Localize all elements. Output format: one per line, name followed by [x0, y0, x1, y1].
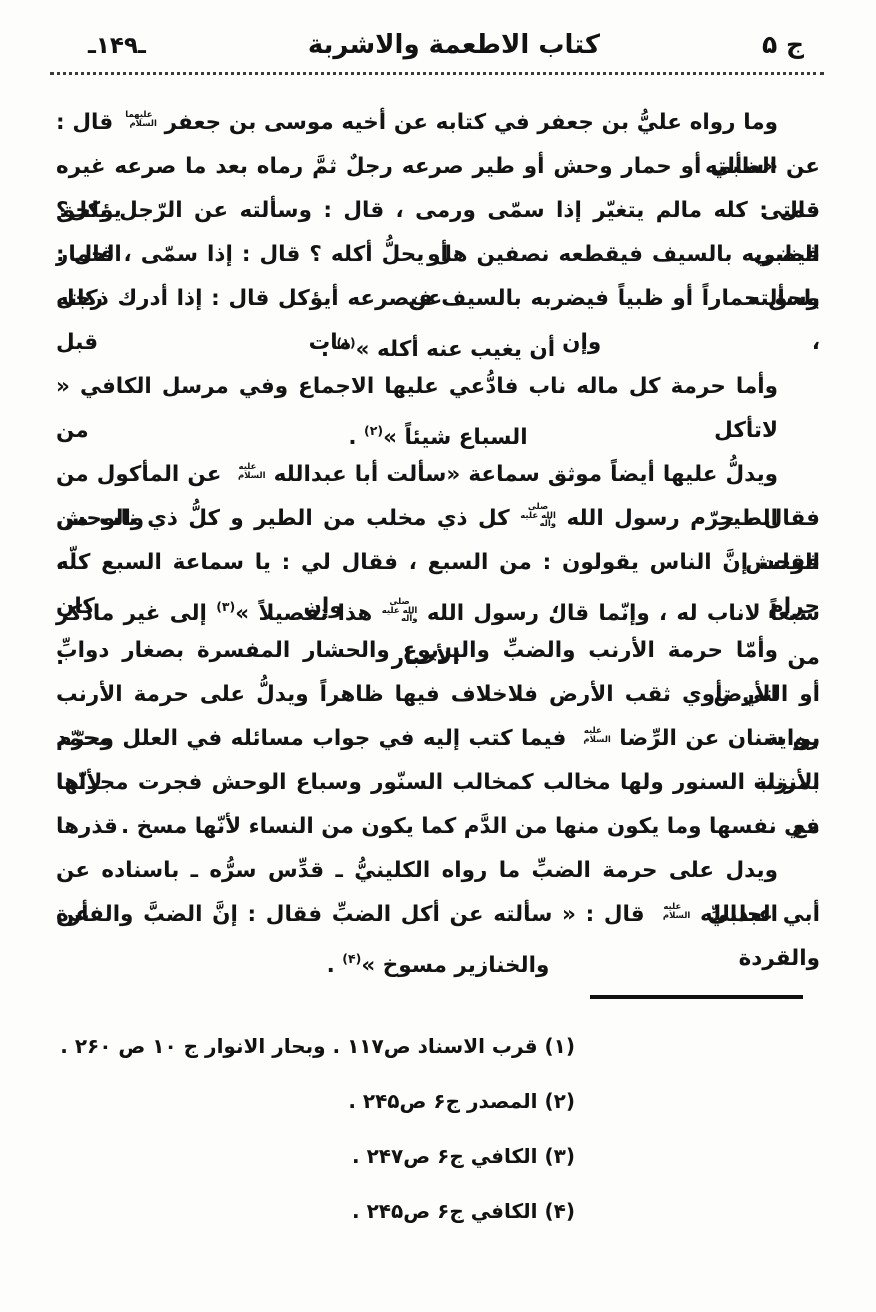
honorific-stamp: عليه السلام: [575, 727, 611, 745]
text-line: أو التي تأوي ثقب الأرض فلاخلاف فيها ظاهر…: [56, 673, 820, 717]
text-segment: .: [327, 953, 343, 978]
footnote-item: (۱) قرب الاسناد ص۱۱۷ . وبحار الانوار ج ۱…: [0, 1019, 575, 1074]
text-segment: السباع شيئاً »: [383, 425, 528, 450]
honorific-stamp: عليهما السلام: [121, 111, 157, 129]
honorific-stamp: عليه السلام: [654, 903, 690, 921]
text-line: أبي عبدالله عليه السلام قال : « سألته عن…: [56, 893, 820, 937]
text-line: وأمّا حرمة الأرنب والضبِّ واليربوع والحش…: [56, 629, 820, 673]
text-line: فيضربه بالسيف فيقطعه نصفين هل يحلُّ أكله…: [56, 233, 820, 277]
text-segment: أبي عبدالله: [690, 902, 820, 927]
text-line: والخنازير مسوخ »(۴) .: [56, 937, 820, 981]
page-header: ج ۵ كتاب الاطعمة والاشربة ـ۱۴۹ـ: [0, 0, 876, 60]
header-dotted-divider: [50, 72, 824, 75]
honorific-stamp: صلى الله عليه وآله: [382, 598, 418, 625]
body-text: وما رواه عليُّ بن جعفر في كتابه عن أخيه …: [56, 101, 820, 981]
text-segment: وما رواه عليُّ بن جعفر في كتابه عن أخيه …: [157, 110, 778, 135]
footnote-marker: (۴): [342, 951, 361, 966]
text-line: ويدل على حرمة الضبِّ ما رواه الكلينيُّ ـ…: [56, 849, 820, 893]
text-line: في نفسها وما يكون منها من الدَّم كما يكو…: [56, 805, 820, 849]
text-segment: أن يغيب عنه أكله »: [356, 337, 555, 362]
text-line: سبعاً لاناب له ، وإنّما قال رسول الله صل…: [56, 585, 820, 629]
text-line: بمنزلة السنور ولها مخالب كمخالب السنّور …: [56, 761, 820, 805]
text-segment: والخنازير مسوخ »: [361, 953, 549, 978]
text-segment: بن سنان عن الرِّضا: [611, 726, 820, 751]
text-line: فقلت إنَّ الناس يقولون : من السبع ، فقال…: [56, 541, 820, 585]
text-segment: في نفسها وما يكون منها من الدَّم كما يكو…: [121, 814, 820, 839]
footnote-marker: (۱): [337, 335, 356, 350]
honorific-stamp: صلى الله عليه وآله: [520, 503, 556, 530]
footnote-item: (۲) المصدر ج۶ ص۲۴۵ .: [0, 1074, 575, 1129]
text-segment: .: [348, 425, 364, 450]
text-line: وما رواه عليُّ بن جعفر في كتابه عن أخيه …: [56, 101, 820, 145]
text-segment: هذا تفصيلاً »: [235, 601, 381, 626]
text-line: عن الظبي أو حمار وحش أو طير صرعه رجلٌ ثم…: [56, 145, 820, 189]
book-page: ج ۵ كتاب الاطعمة والاشربة ـ۱۴۹ـ وما رواه…: [0, 0, 876, 1312]
text-line: ويدلُّ عليها أيضاً موثق سماعة «سألت أبا …: [56, 453, 820, 497]
text-segment: .: [321, 337, 337, 362]
footnote-separator: [590, 995, 803, 999]
text-segment: ويدلُّ عليها أيضاً موثق سماعة «سألت أبا …: [266, 462, 779, 487]
footnote-item: (۳) الكافي ج۶ ص۲۴۷ .: [0, 1129, 575, 1184]
footnote-marker: (۳): [216, 599, 235, 614]
text-line: يلحق حماراً أو ظبياً فيضربه بالسيف فيصرع…: [56, 277, 820, 321]
text-line: فقال ، حرّم رسول الله صلى الله عليه وآله…: [56, 497, 820, 541]
text-segment: سبعاً لاناب له ، وإنّما قال رسول الله: [418, 601, 820, 626]
honorific-stamp: عليه السلام: [230, 463, 266, 481]
text-line: بن سنان عن الرِّضا عليه السلام فيما كتب …: [56, 717, 820, 761]
footnote-item: (۴) الكافي ج۶ ص۲۴۵ .: [0, 1184, 575, 1239]
text-segment: فقال ، حرّم رسول الله: [556, 506, 820, 531]
page-number: ـ۱۴۹ـ: [88, 33, 146, 59]
volume-label: ج ۵: [762, 30, 804, 59]
text-line: قال : كله مالم يتغيّر إذا سمّى ورمى ، قا…: [56, 189, 820, 233]
text-line: وأما حرمة كل ماله ناب فادُّعي عليها الاج…: [56, 365, 820, 409]
page-title: كتاب الاطعمة والاشربة: [308, 30, 600, 60]
footnote-list: (۱) قرب الاسناد ص۱۱۷ . وبحار الانوار ج ۱…: [0, 1019, 876, 1239]
footnote-marker: (۲): [364, 423, 383, 438]
